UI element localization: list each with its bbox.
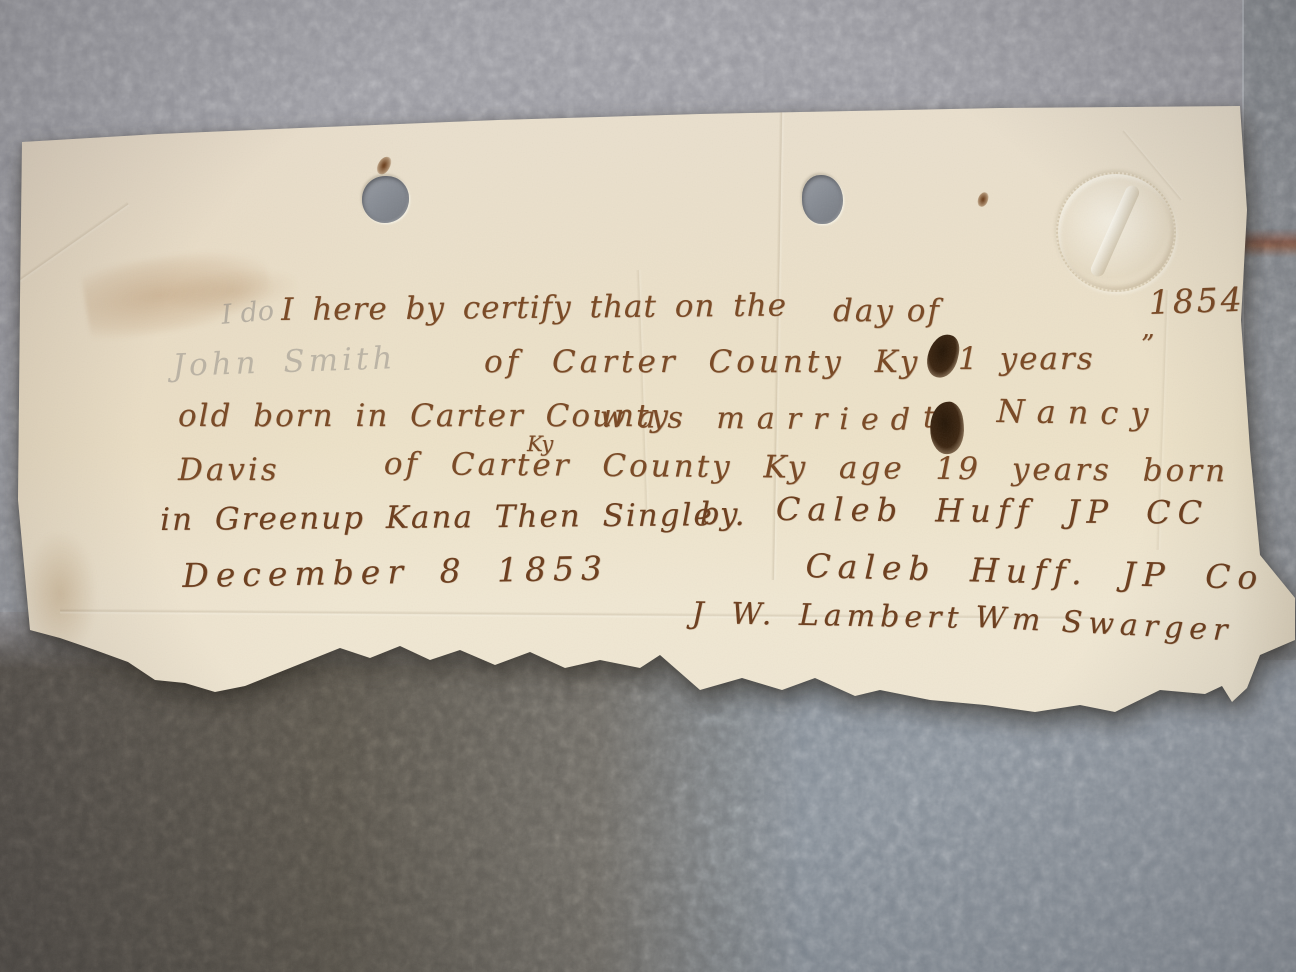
was-married-text: was married xyxy=(600,400,922,438)
bride-first-name: Nancy xyxy=(996,392,1160,433)
groom-county-text: of Carter County Ky xyxy=(484,344,921,380)
groom-age-text: 1 years xyxy=(958,341,1095,377)
officiant-name-line: Caleb Huff JP CC xyxy=(776,490,1210,532)
by-text: by xyxy=(700,496,737,532)
seal-ridge xyxy=(1089,183,1142,278)
punch-hole-left xyxy=(362,176,409,223)
day-of-text: day of xyxy=(833,293,941,329)
stray-quote-mark: ” xyxy=(1141,330,1154,360)
photo-of-document: I do I here by certify that on the day o… xyxy=(0,0,1296,972)
ink-speck xyxy=(375,154,394,176)
born-greenup-single-text: in Greenup Kana Then Single . xyxy=(160,497,747,538)
bride-last-name: Davis xyxy=(178,452,280,488)
year-annotation: 1854 xyxy=(1148,280,1245,322)
bride-county-age-text: of Carter County Ky age 19 years born xyxy=(384,446,1229,489)
corner-crease xyxy=(0,202,130,299)
date-line: December 8 1853 xyxy=(182,549,609,595)
pencil-note-i-do: I do xyxy=(220,295,275,330)
witness-signature-1: J W. Lambert xyxy=(691,596,963,636)
certify-line: I here by certify that on the xyxy=(281,288,787,328)
ink-speck xyxy=(976,191,990,208)
left-edge-stain xyxy=(25,534,95,654)
born-in-text: old born in Carter County xyxy=(178,398,670,434)
embossed-seal xyxy=(1056,172,1176,292)
punch-hole-right xyxy=(802,175,843,224)
